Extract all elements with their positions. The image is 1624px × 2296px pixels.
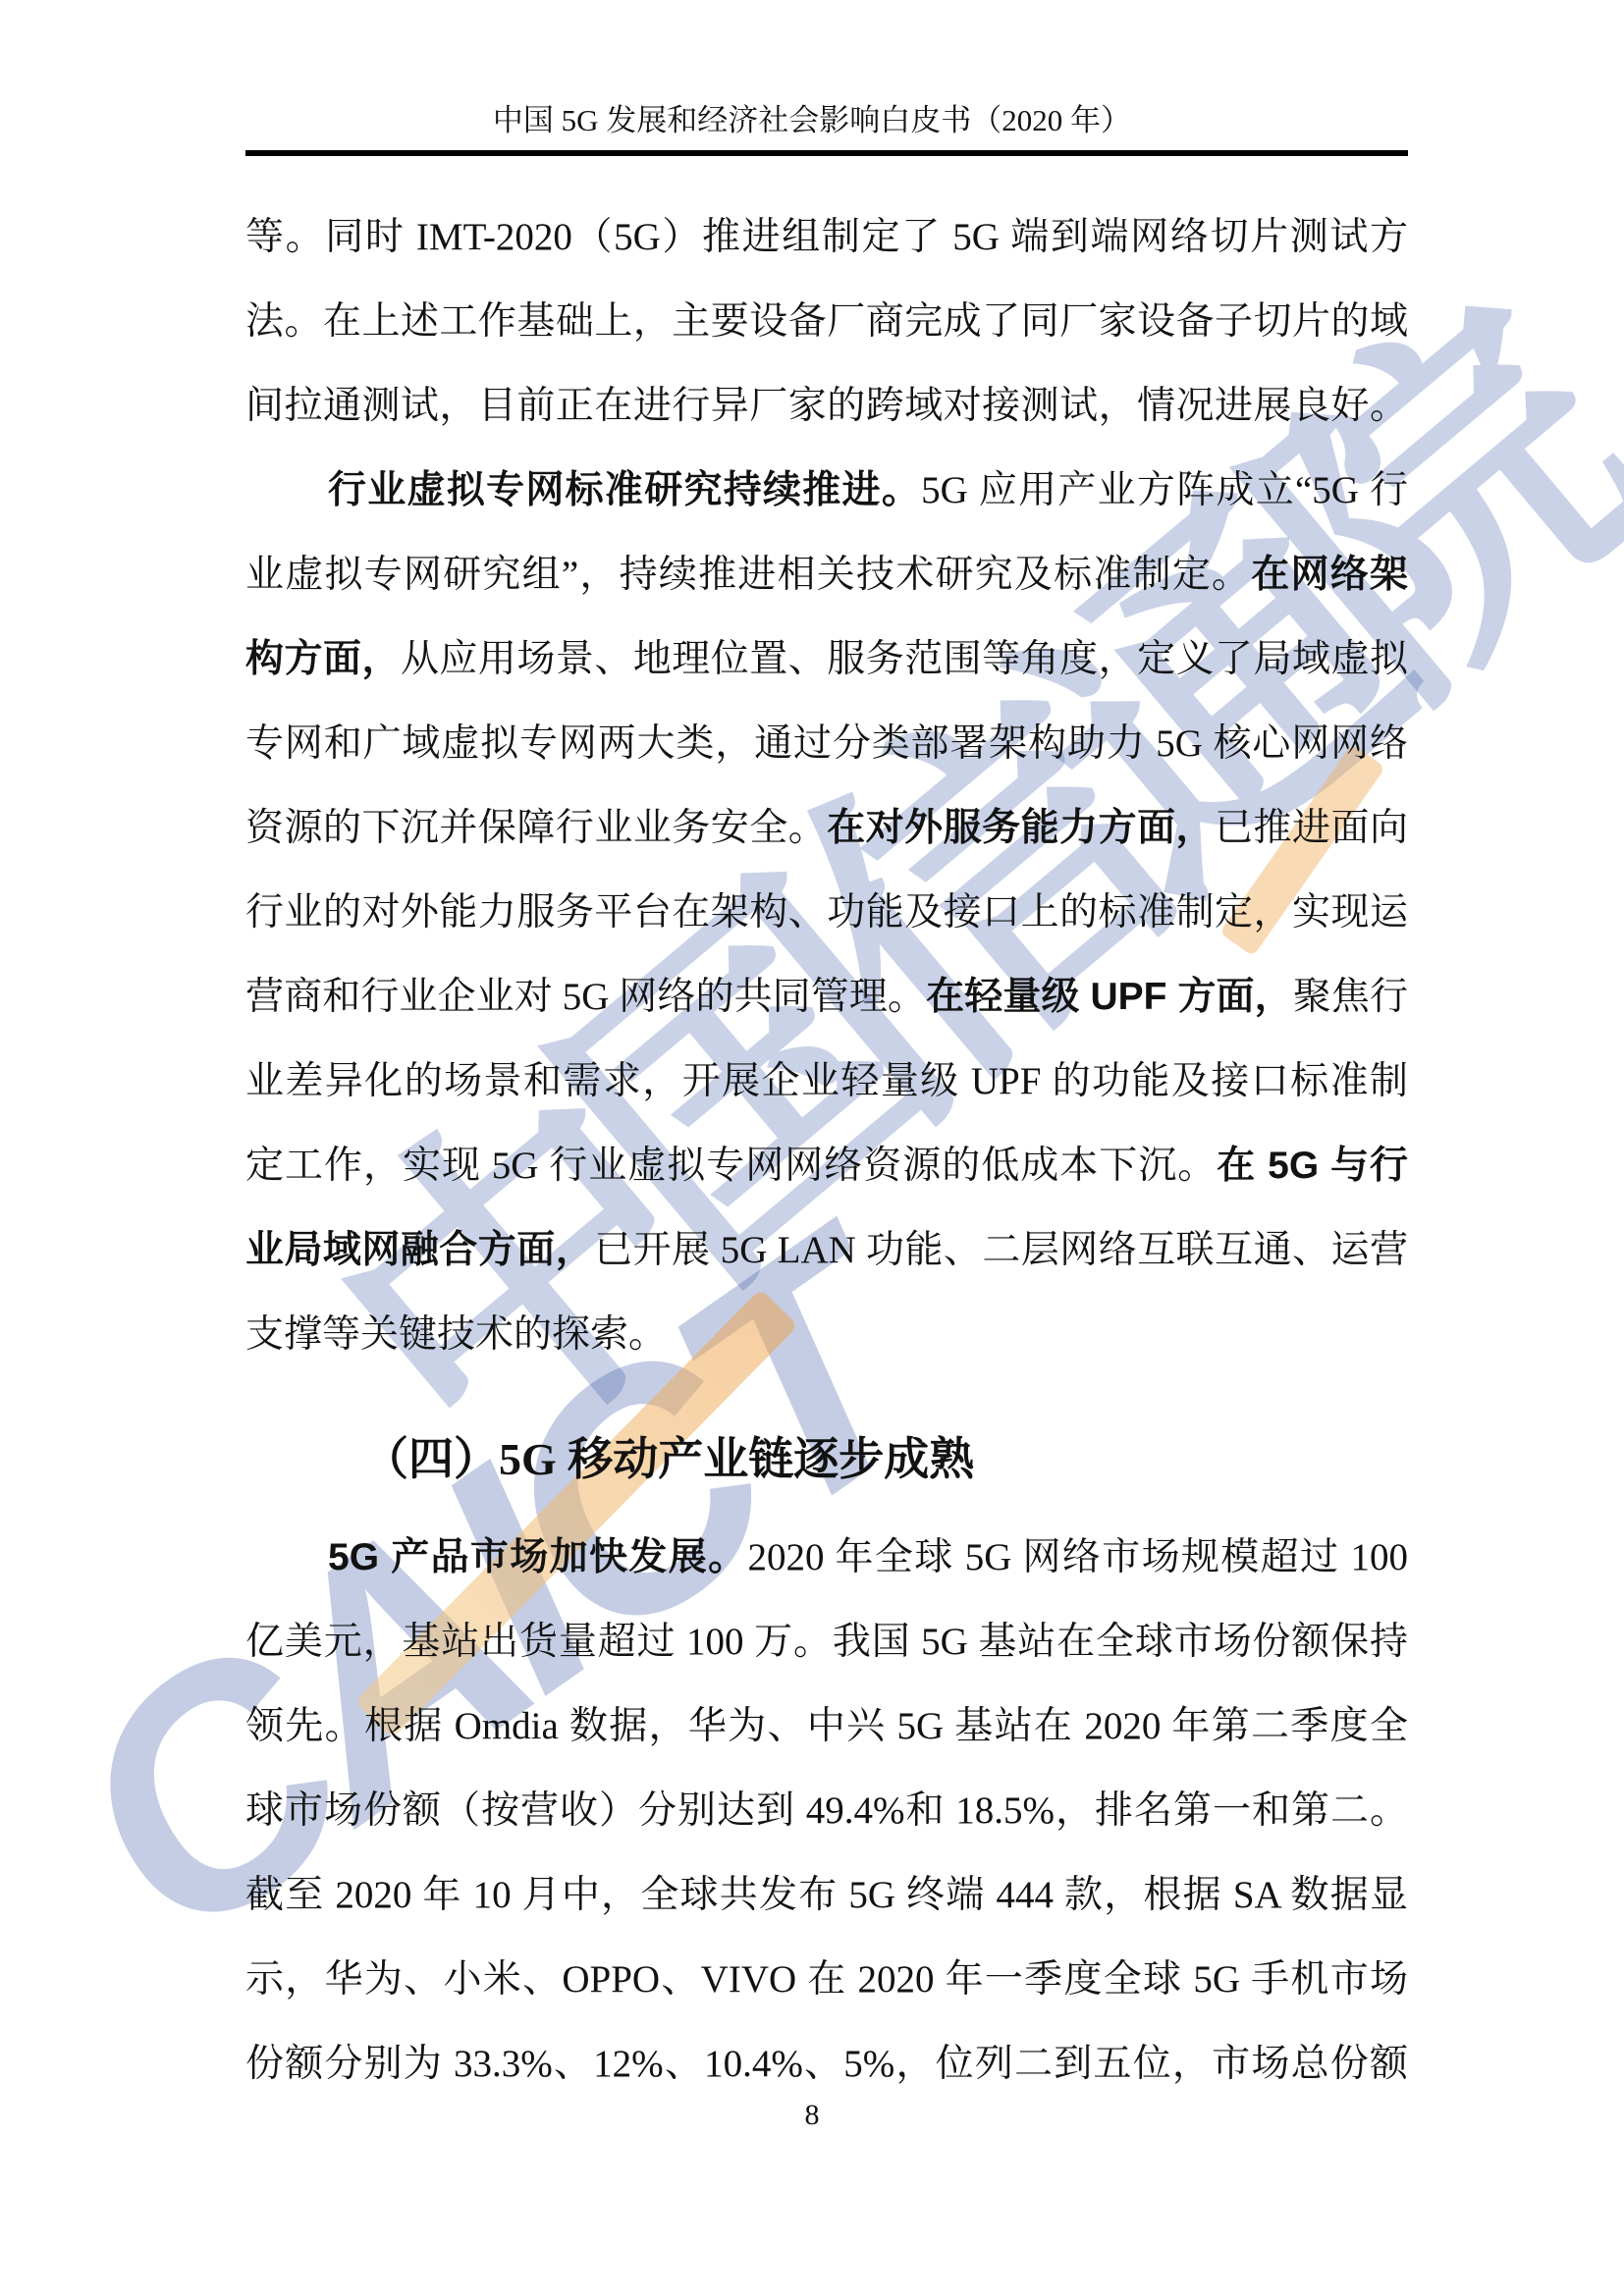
bold-text-segment: 在对外服务能力方面， bbox=[827, 807, 1215, 849]
body-paragraph-2: 5G 产品市场加快发展。2020 年全球 5G 网络市场规模超过 100亿美元，… bbox=[245, 1516, 1408, 2107]
text-segment: 等。同时 IMT-2020（5G）推进组制定了 5G 端到端网络切片测试方 bbox=[245, 216, 1408, 258]
document-page: 中国信通院 CAICT 中国 5G 发展和经济社会影响白皮书（2020 年） 等… bbox=[0, 0, 1624, 2296]
text-line: 球市场份额（按营收）分别达到 49.4%和 18.5%，排名第一和第二。 bbox=[245, 1769, 1408, 1853]
text-segment: 业差异化的场景和需求，开展企业轻量级 UPF 的功能及接口标准制 bbox=[245, 1060, 1408, 1102]
bold-text-segment: 构方面， bbox=[245, 638, 401, 680]
text-line: 示，华为、小米、OPPO、VIVO 在 2020 年一季度全球 5G 手机市场 bbox=[245, 1938, 1408, 2022]
text-segment: 聚焦行 bbox=[1293, 976, 1408, 1018]
text-segment: 行业的对外能力服务平台在架构、功能及接口上的标准制定，实现运 bbox=[245, 891, 1408, 934]
text-line: 亿美元，基站出货量超过 100 万。我国 5G 基站在全球市场份额保持 bbox=[245, 1600, 1408, 1684]
text-segment: 法。在上述工作基础上，主要设备厂商完成了同厂家设备子切片的域 bbox=[245, 300, 1408, 343]
bold-text-segment: 5G 产品市场加快发展。 bbox=[328, 1536, 747, 1578]
text-segment: 截至 2020 年 10 月中，全球共发布 5G 终端 444 款，根据 SA … bbox=[245, 1874, 1408, 1916]
text-line: 营商和行业企业对 5G 网络的共同管理。在轻量级 UPF 方面，聚焦行 bbox=[245, 955, 1408, 1040]
text-line: 资源的下沉并保障行业业务安全。在对外服务能力方面，已推进面向 bbox=[245, 786, 1408, 871]
text-segment: 资源的下沉并保障行业业务安全。 bbox=[245, 807, 827, 849]
text-line: 法。在上述工作基础上，主要设备厂商完成了同厂家设备子切片的域 bbox=[245, 280, 1408, 364]
text-segment: 已推进面向 bbox=[1215, 807, 1408, 849]
bold-text-segment: 在 5G 与行 bbox=[1217, 1145, 1408, 1187]
text-line: 截至 2020 年 10 月中，全球共发布 5G 终端 444 款，根据 SA … bbox=[245, 1853, 1408, 1938]
text-line: 份额分别为 33.3%、12%、10.4%、5%，位列二到五位，市场总份额 bbox=[245, 2022, 1408, 2107]
text-segment: 业虚拟专网研究组”，持续推进相关技术研究及标准制定。 bbox=[245, 554, 1251, 596]
text-line: 专网和广域虚拟专网两大类，通过分类部署架构助力 5G 核心网网络 bbox=[245, 702, 1408, 786]
text-line: 行业的对外能力服务平台在架构、功能及接口上的标准制定，实现运 bbox=[245, 871, 1408, 955]
bold-text-segment: 在网络架 bbox=[1251, 554, 1408, 596]
text-segment: 亿美元，基站出货量超过 100 万。我国 5G 基站在全球市场份额保持 bbox=[245, 1621, 1408, 1663]
text-segment: 球市场份额（按营收）分别达到 49.4%和 18.5%，排名第一和第二。 bbox=[245, 1789, 1408, 1832]
text-segment: 间拉通测试，目前正在进行异厂家的跨域对接测试，情况进展良好。 bbox=[245, 385, 1408, 427]
bold-text-segment: 行业虚拟专网标准研究持续推进。 bbox=[328, 469, 921, 511]
text-line: 业局域网融合方面，已开展 5G LAN 功能、二层网络互联互通、运营 bbox=[245, 1208, 1408, 1293]
text-segment: 已开展 5G LAN 功能、二层网络互联互通、运营 bbox=[594, 1229, 1408, 1271]
page-header-title: 中国 5G 发展和经济社会影响白皮书（2020 年） bbox=[0, 95, 1624, 139]
text-line: 构方面，从应用场景、地理位置、服务范围等角度，定义了局域虚拟 bbox=[245, 617, 1408, 702]
text-segment: 定工作，实现 5G 行业虚拟专网网络资源的低成本下沉。 bbox=[245, 1145, 1217, 1187]
page-number: 8 bbox=[0, 2099, 1624, 2132]
text-line: 等。同时 IMT-2020（5G）推进组制定了 5G 端到端网络切片测试方 bbox=[245, 195, 1408, 280]
text-segment: 示，华为、小米、OPPO、VIVO 在 2020 年一季度全球 5G 手机市场 bbox=[245, 1958, 1408, 2001]
section-heading: （四）5G 移动产业链逐步成熟 bbox=[245, 1414, 1408, 1506]
body-paragraph-1: 等。同时 IMT-2020（5G）推进组制定了 5G 端到端网络切片测试方法。在… bbox=[245, 195, 1408, 1377]
text-line: 5G 产品市场加快发展。2020 年全球 5G 网络市场规模超过 100 bbox=[245, 1516, 1408, 1600]
text-segment: 支撑等关键技术的探索。 bbox=[245, 1313, 667, 1356]
text-segment: 营商和行业企业对 5G 网络的共同管理。 bbox=[245, 976, 926, 1018]
header-rule bbox=[245, 150, 1408, 156]
text-line: 业虚拟专网研究组”，持续推进相关技术研究及标准制定。在网络架 bbox=[245, 533, 1408, 617]
text-segment: 领先。根据 Omdia 数据，华为、中兴 5G 基站在 2020 年第二季度全 bbox=[245, 1705, 1408, 1747]
text-line: 定工作，实现 5G 行业虚拟专网网络资源的低成本下沉。在 5G 与行 bbox=[245, 1124, 1408, 1208]
text-segment: 份额分别为 33.3%、12%、10.4%、5%，位列二到五位，市场总份额 bbox=[245, 2043, 1408, 2085]
text-line: 行业虚拟专网标准研究持续推进。5G 应用产业方阵成立“5G 行 bbox=[245, 449, 1408, 533]
text-segment: 2020 年全球 5G 网络市场规模超过 100 bbox=[747, 1536, 1408, 1578]
bold-text-segment: 业局域网融合方面， bbox=[245, 1229, 594, 1271]
text-segment: 5G 应用产业方阵成立“5G 行 bbox=[921, 469, 1408, 511]
text-line: 业差异化的场景和需求，开展企业轻量级 UPF 的功能及接口标准制 bbox=[245, 1040, 1408, 1124]
text-line: 支撑等关键技术的探索。 bbox=[245, 1293, 1408, 1377]
text-line: 间拉通测试，目前正在进行异厂家的跨域对接测试，情况进展良好。 bbox=[245, 364, 1408, 449]
bold-text-segment: 在轻量级 UPF 方面， bbox=[926, 976, 1293, 1018]
text-segment: 从应用场景、地理位置、服务范围等角度，定义了局域虚拟 bbox=[401, 638, 1408, 680]
text-segment: 专网和广域虚拟专网两大类，通过分类部署架构助力 5G 核心网网络 bbox=[245, 722, 1408, 765]
text-line: 领先。根据 Omdia 数据，华为、中兴 5G 基站在 2020 年第二季度全 bbox=[245, 1684, 1408, 1769]
